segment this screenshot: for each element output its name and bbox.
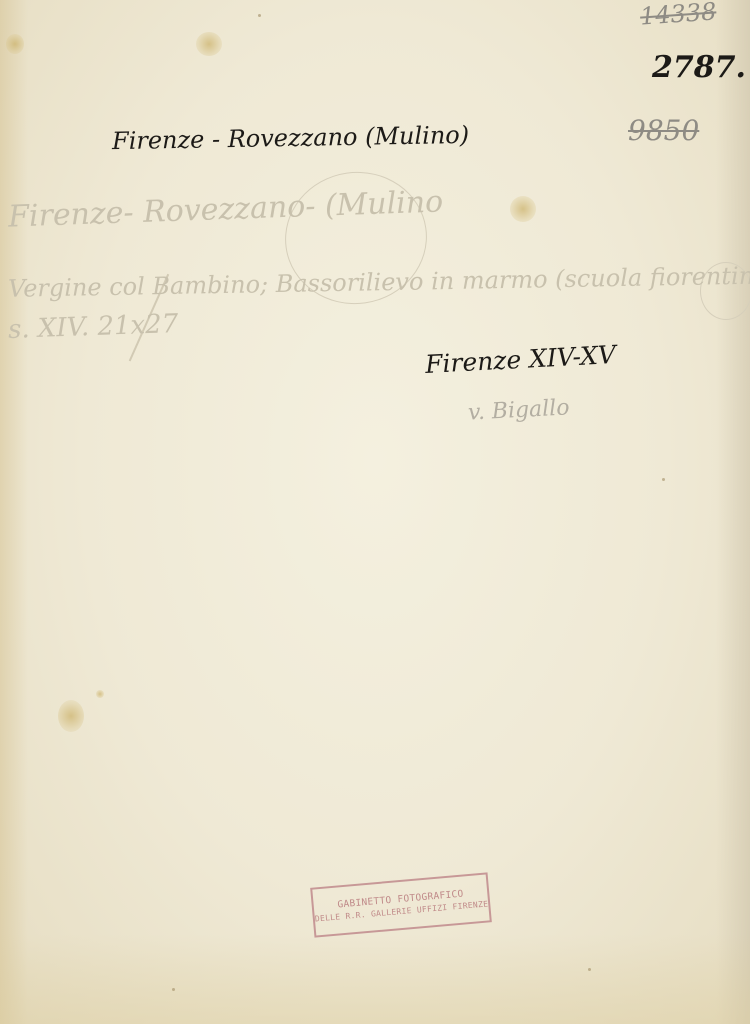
location-title: Firenze - Rovezzano (Mulino) [112,121,470,155]
catalog-number-struck-lower: 9850 [628,114,699,147]
erased-note-date-size: s. XIV. 21x27 [8,309,179,345]
speck [172,988,175,991]
archive-stamp: GABINETTO FOTOGRAFICO DELLE R.R. GALLERI… [310,872,492,937]
photo-mount-verso: 14338 2787. 9850 Firenze - Rovezzano (Mu… [0,0,750,1024]
catalog-number-struck-top: 14338 [639,0,717,31]
foxing-stain [6,34,24,54]
foxing-stain [96,690,104,698]
foxing-stain [58,700,84,732]
speck [588,968,591,971]
foxing-stain [510,196,536,222]
paper-edge-right [716,0,750,1024]
reference-note: v. Bigallo [467,395,570,425]
paper-edge-left [0,0,28,1024]
speck [258,14,261,17]
foxing-stain [196,32,222,56]
date-annotation: Firenze XIV-XV [424,340,616,379]
catalog-number-current: 2787. [652,50,746,85]
paper-edge-bottom [0,934,750,1024]
speck [662,478,665,481]
